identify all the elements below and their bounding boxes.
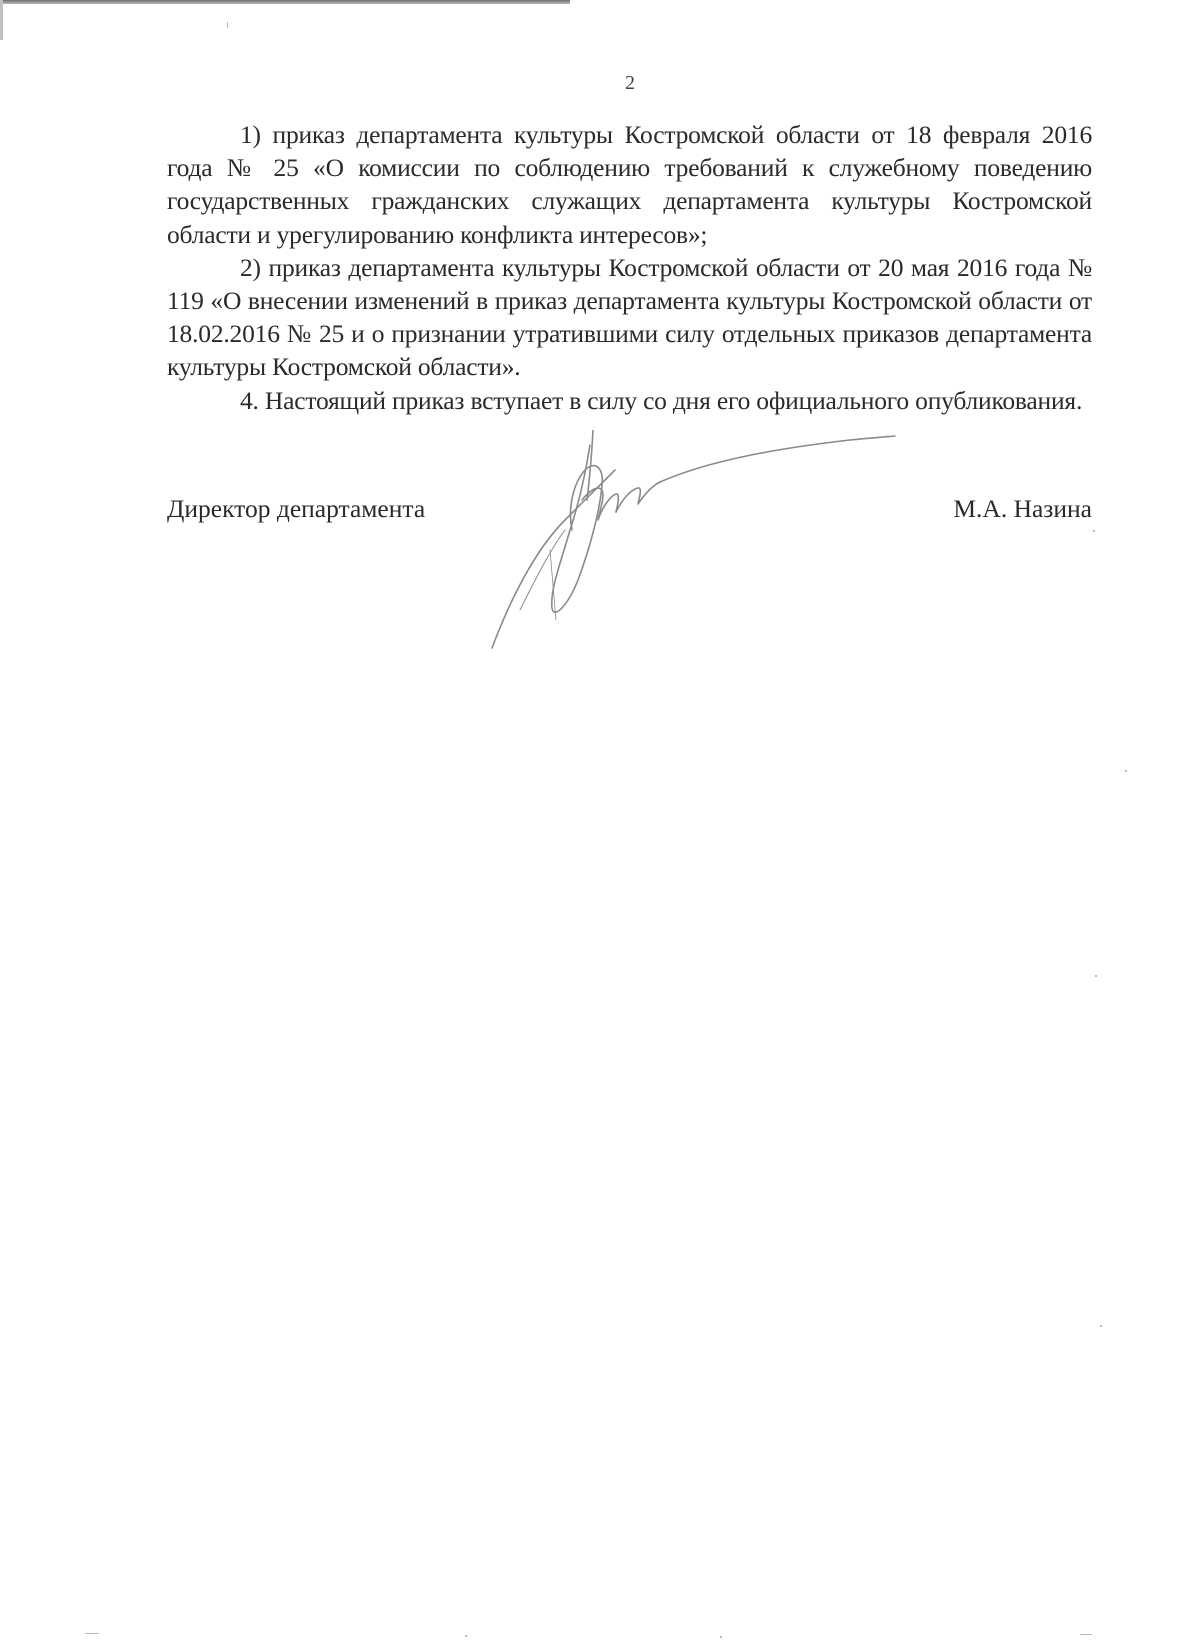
document-body: 1) приказ департамента культуры Костромс… bbox=[167, 118, 1092, 417]
signer-name: М.А. Назина bbox=[953, 492, 1092, 525]
scan-speck bbox=[1125, 770, 1127, 772]
scan-speck bbox=[1093, 530, 1095, 532]
scan-edge-top bbox=[0, 0, 570, 4]
handwritten-signature-icon bbox=[490, 430, 930, 690]
paragraph-repealed-order-1: 1) приказ департамента культуры Костромс… bbox=[167, 118, 1092, 251]
scan-speck bbox=[227, 22, 228, 28]
paragraph-effective-date: 4. Настоящий приказ вступает в силу со д… bbox=[167, 384, 1092, 417]
signer-title: Директор департамента bbox=[167, 492, 425, 525]
scan-edge-left bbox=[0, 0, 3, 40]
scan-speck bbox=[465, 1635, 467, 1637]
paragraph-repealed-order-2: 2) приказ департамента культуры Костромс… bbox=[167, 251, 1092, 384]
scan-speck bbox=[1100, 1325, 1102, 1327]
scan-speck bbox=[720, 1636, 722, 1638]
scan-speck bbox=[85, 1633, 99, 1634]
scan-speck bbox=[1080, 1634, 1092, 1635]
scan-speck bbox=[1095, 975, 1097, 977]
page-number: 2 bbox=[0, 72, 1200, 95]
